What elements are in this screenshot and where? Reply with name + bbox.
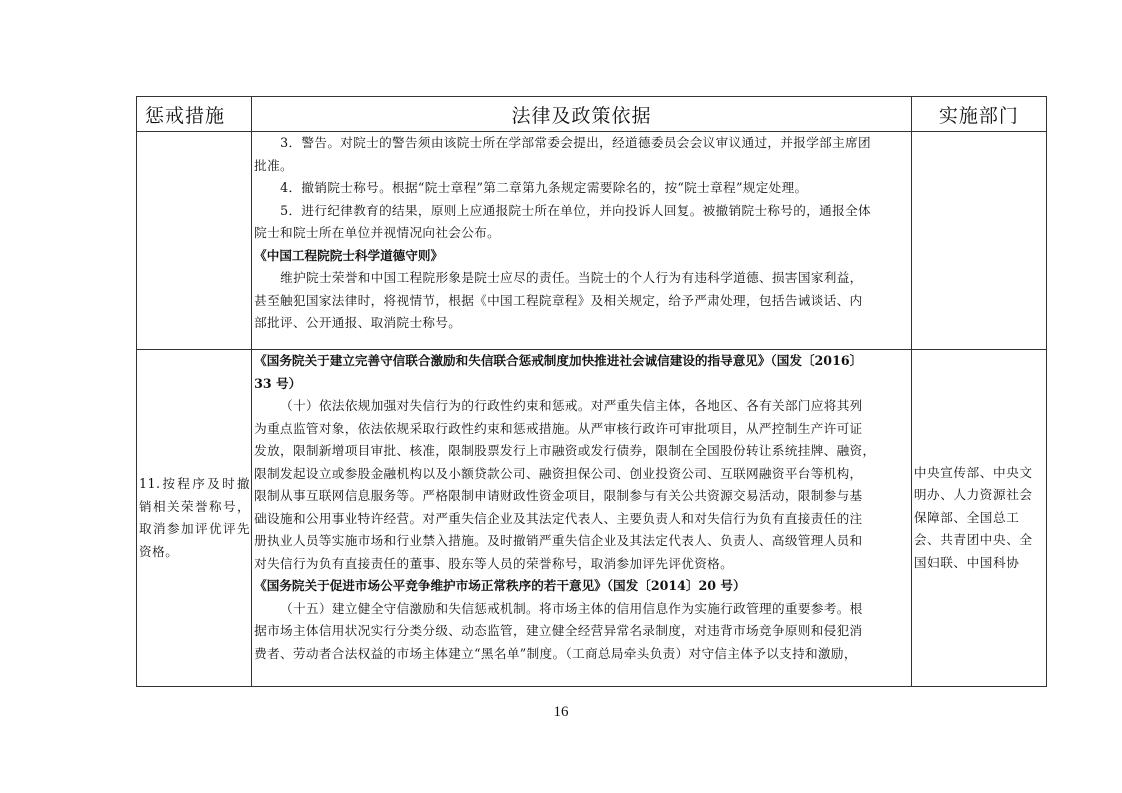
measure-cell: 11.按程序及时撤销相关荣誉称号，取消参加评优评先资格。 [137, 350, 252, 687]
measure-text: 11.按程序及时撤销相关荣誉称号，取消参加评优评先资格。 [137, 473, 251, 563]
department-cell [911, 132, 1046, 350]
basis-line: 对失信行为负有直接责任的董事、股东等人员的荣誉称号，取消参加评先评优资格。 [252, 553, 911, 576]
basis-line: 限制从事互联网信息服务等。严格限制申请财政性资金项目，限制参与有关公共资源交易活… [252, 485, 911, 508]
basis-line: 甚至触犯国家法律时，将视情节，根据《中国工程院章程》及相关规定，给予严肃处理，包… [252, 290, 911, 313]
basis-cell: 3．警告。对院士的警告须由该院士所在学部常委会提出，经道德委员会会议审议通过，并… [252, 132, 912, 350]
basis-line: 部批评、公开通报、取消院士称号。 [252, 312, 911, 335]
regulation-title: 33 号） [252, 373, 911, 396]
basis-line: 批准。 [252, 155, 911, 178]
basis-line: 册执业人员等实施市场和行业禁入措施。及时撤销严重失信企业及其法定代表人、负责人、… [252, 530, 911, 553]
department-text: 中央宣传部、中央文明办、人力资源社会保障部、全国总工会、共青团中央、全国妇联、中… [912, 462, 1046, 575]
header-basis: 法律及政策依据 [252, 97, 912, 132]
basis-line: （十五）建立健全守信激励和失信惩戒机制。将市场主体的信用信息作为实施行政管理的重… [252, 598, 911, 621]
basis-line: 4．撤销院士称号。根据“院士章程”第二章第九条规定需要除名的，按“院士章程”规定… [252, 177, 911, 200]
basis-line: 维护院士荣誉和中国工程院形象是院士应尽的责任。当院士的个人行为有违科学道德、损害… [252, 267, 911, 290]
department-cell: 中央宣传部、中央文明办、人力资源社会保障部、全国总工会、共青团中央、全国妇联、中… [911, 350, 1046, 687]
header-department: 实施部门 [911, 97, 1046, 132]
basis-line: 院士和院士所在单位并视情况向社会公布。 [252, 222, 911, 245]
basis-line: （十）依法依规加强对失信行为的行政性约束和惩戒。对严重失信主体，各地区、各有关部… [252, 395, 911, 418]
basis-line: 发放，限制新增项目审批、核准，限制股票发行上市融资或发行债券，限制在全国股份转让… [252, 440, 911, 463]
sanctions-table: 惩戒措施 法律及政策依据 实施部门 3．警告。对院士的警告须由该院士所在学部常委… [136, 96, 1047, 687]
measure-cell [137, 132, 252, 350]
basis-cell: 《国务院关于建立完善守信联合激励和失信联合惩戒制度加快推进社会诚信建设的指导意见… [252, 350, 912, 687]
basis-line: 据市场主体信用状况实行分类分级、动态监管，建立健全经营异常名录制度，对违背市场竞… [252, 620, 911, 643]
basis-line: 5．进行纪律教育的结果，原则上应通报院士所在单位，并向投诉人回复。被撤销院士称号… [252, 200, 911, 223]
basis-line: 限制发起设立或参股金融机构以及小额贷款公司、融资担保公司、创业投资公司、互联网融… [252, 463, 911, 486]
table-row: 3．警告。对院士的警告须由该院士所在学部常委会提出，经道德委员会会议审议通过，并… [137, 132, 1047, 350]
basis-line: 础设施和公用事业特许经营。对严重失信企业及其法定代表人、主要负责人和对失信行为负… [252, 508, 911, 531]
page-number: 16 [0, 704, 1122, 721]
table-header-row: 惩戒措施 法律及政策依据 实施部门 [137, 97, 1047, 132]
basis-line: 费者、劳动者合法权益的市场主体建立“黑名单”制度。（工商总局牵头负责）对守信主体… [252, 643, 911, 666]
basis-line: 3．警告。对院士的警告须由该院士所在学部常委会提出，经道德委员会会议审议通过，并… [252, 132, 911, 155]
regulation-title: 《国务院关于促进市场公平竞争维护市场正常秩序的若干意见》（国发〔2014〕20 … [252, 575, 911, 598]
basis-line: 为重点监管对象，依法依规采取行政性约束和惩戒措施。从严审核行政许可审批项目，从严… [252, 418, 911, 441]
header-measure: 惩戒措施 [137, 97, 252, 132]
regulation-title: 《中国工程院院士科学道德守则》 [252, 245, 911, 268]
regulation-title: 《国务院关于建立完善守信联合激励和失信联合惩戒制度加快推进社会诚信建设的指导意见… [252, 350, 911, 373]
table-row: 11.按程序及时撤销相关荣誉称号，取消参加评优评先资格。 《国务院关于建立完善守… [137, 350, 1047, 687]
